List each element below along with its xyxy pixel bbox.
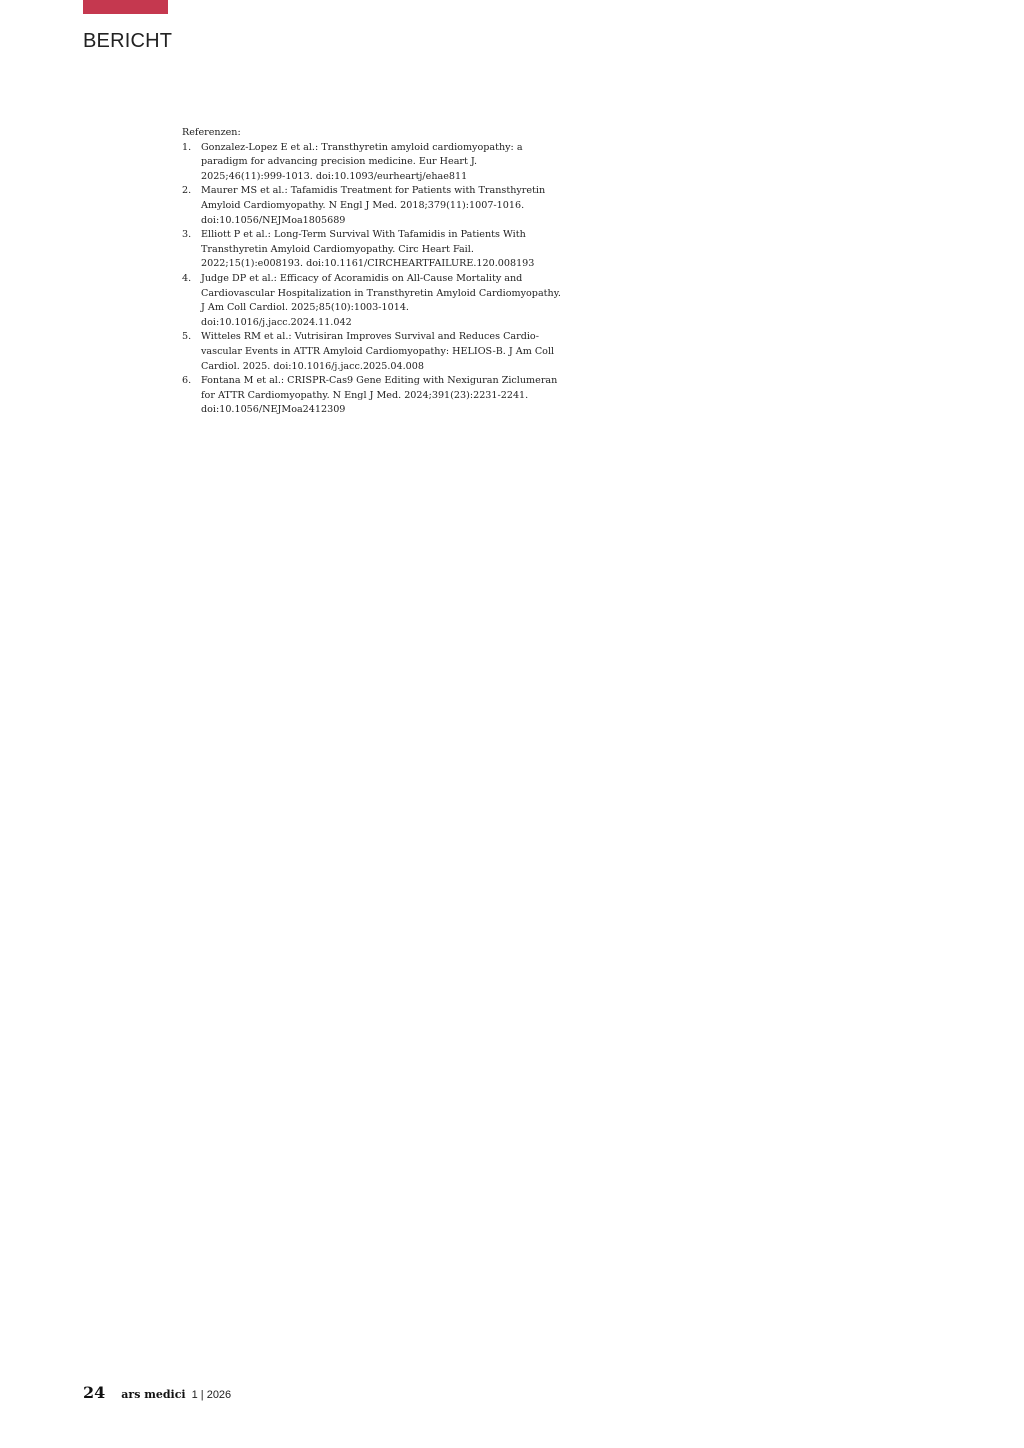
reference-text: Elliott P et al.: Long-Term Survival Wit… (201, 229, 534, 269)
reference-item: 1. Gonzalez-Lopez E et al.: Transthyreti… (182, 141, 562, 185)
reference-number: 4. (182, 272, 191, 287)
page-footer: 24 ars medici 1 | 2026 (83, 1383, 231, 1402)
page-number: 24 (83, 1383, 105, 1402)
reference-text: Witteles RM et al.: Vutrisiran Improves … (201, 331, 554, 371)
reference-item: 5. Witteles RM et al.: Vutrisiran Improv… (182, 330, 562, 374)
reference-text: Maurer MS et al.: Tafamidis Treatment fo… (201, 185, 545, 225)
issue-label: 1 | 2026 (192, 1389, 232, 1401)
reference-item: 2. Maurer MS et al.: Tafamidis Treatment… (182, 184, 562, 228)
reference-number: 6. (182, 374, 191, 389)
section-label: BERICHT (83, 29, 172, 53)
reference-item: 4. Judge DP et al.: Efficacy of Acoramid… (182, 272, 562, 330)
reference-text: Gonzalez-Lopez E et al.: Transthyretin a… (201, 142, 523, 182)
reference-item: 6. Fontana M et al.: CRISPR-Cas9 Gene Ed… (182, 374, 562, 418)
reference-number: 5. (182, 330, 191, 345)
reference-number: 3. (182, 228, 191, 243)
reference-number: 1. (182, 141, 191, 156)
journal-name: ars medici (121, 1388, 185, 1401)
references-heading: Referenzen: (182, 126, 562, 141)
reference-item: 3. Elliott P et al.: Long-Term Survival … (182, 228, 562, 272)
section-accent-bar (83, 0, 168, 14)
references-list: 1. Gonzalez-Lopez E et al.: Transthyreti… (182, 141, 562, 418)
references-section: Referenzen: 1. Gonzalez-Lopez E et al.: … (182, 126, 562, 418)
reference-number: 2. (182, 184, 191, 199)
reference-text: Fontana M et al.: CRISPR-Cas9 Gene Editi… (201, 375, 557, 415)
reference-text: Judge DP et al.: Efficacy of Acoramidis … (201, 273, 561, 328)
